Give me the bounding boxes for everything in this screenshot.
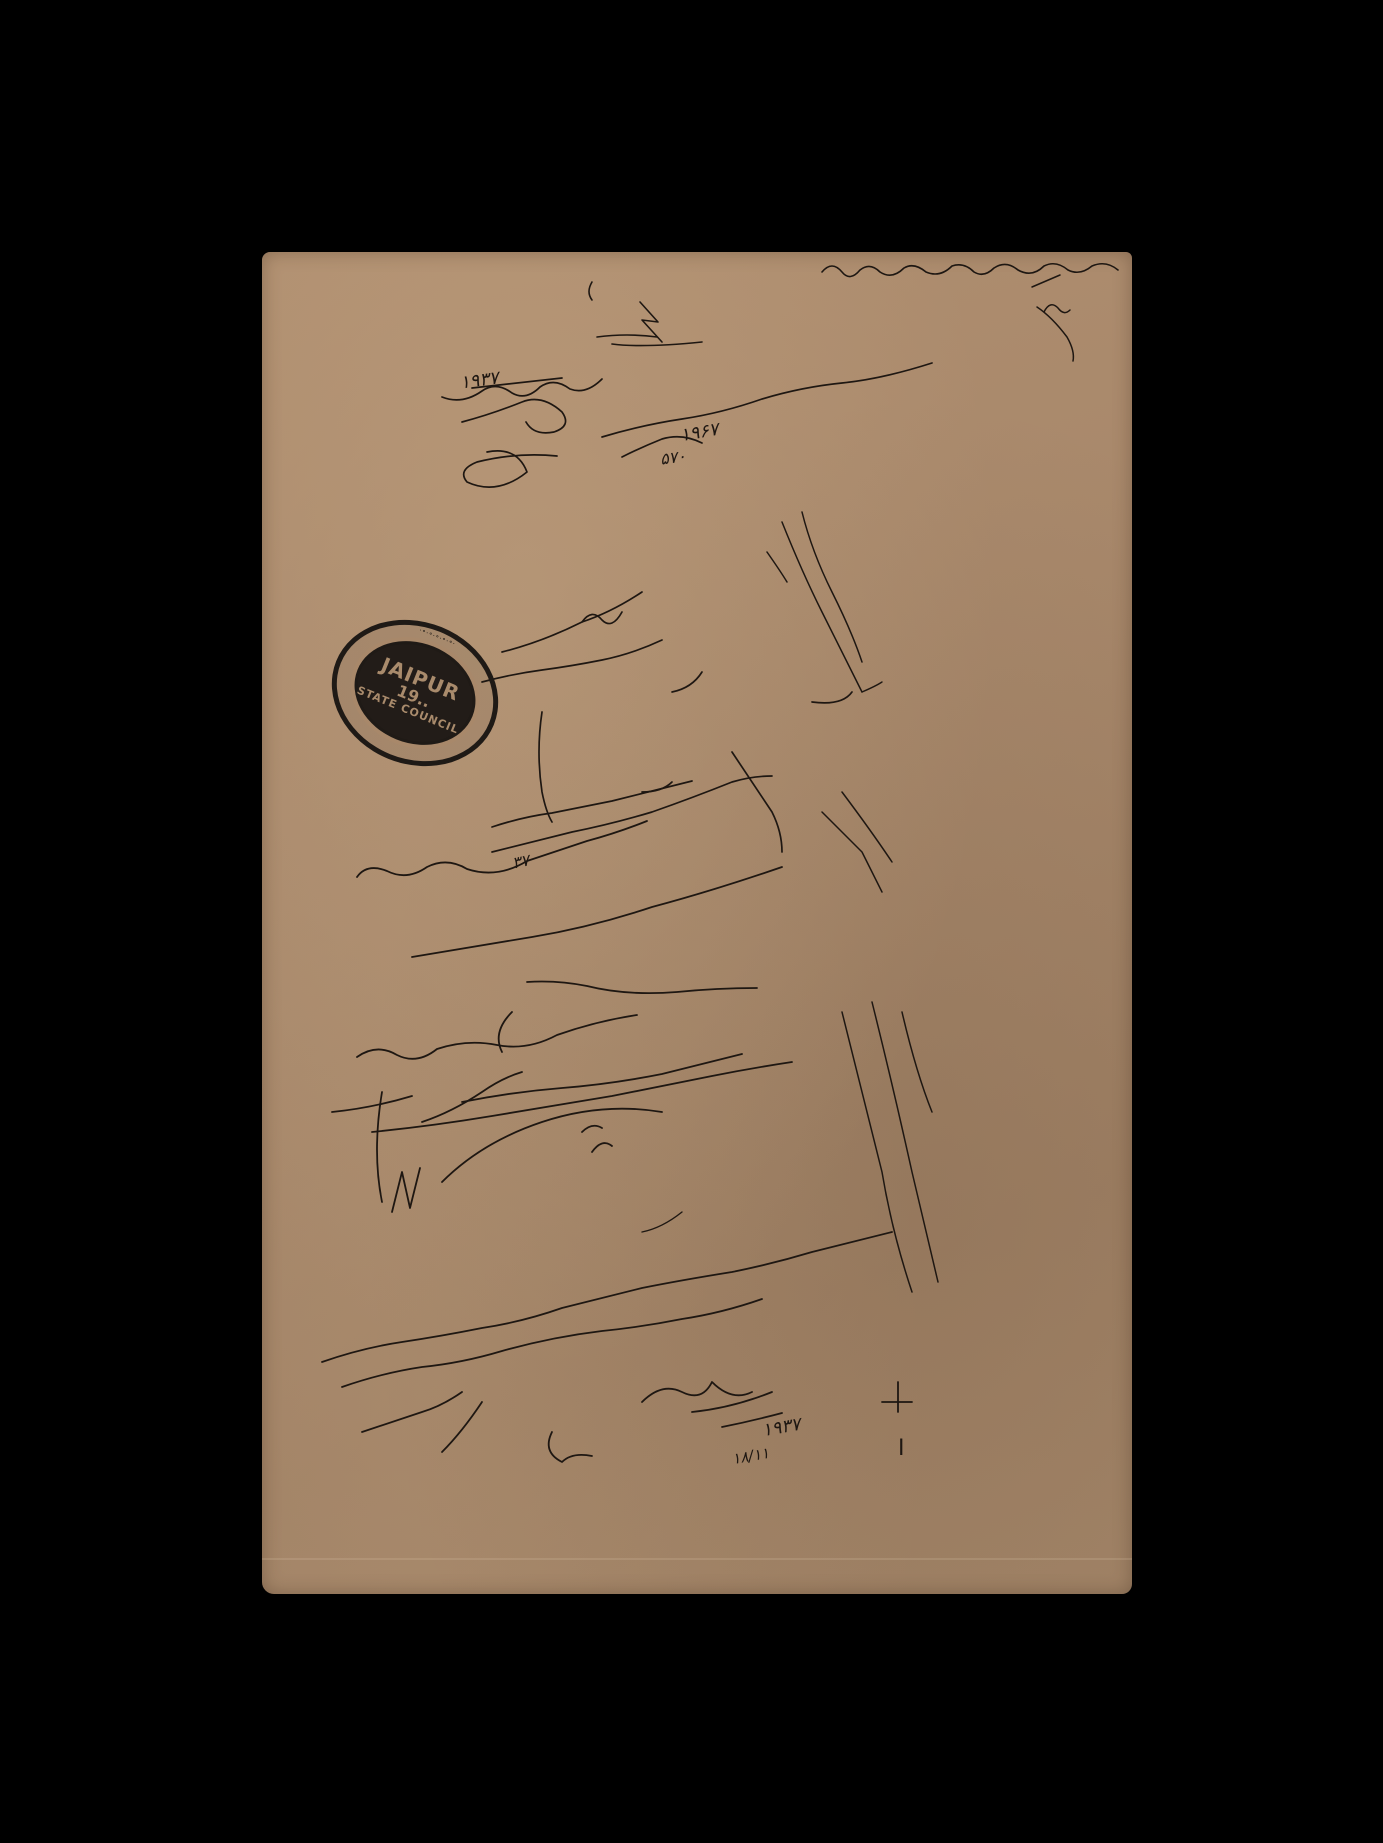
number-middle: ۵۷۰ [659,446,687,468]
handwriting-strokes [262,252,1132,1594]
handwriting-bottom-line [322,1126,912,1462]
handwriting-top-line [589,264,1118,346]
handwriting-marks [642,682,882,1232]
handwriting-top-right-margin [1032,275,1073,361]
handwriting-center-notes [482,592,852,852]
stamp-inner: JAIPUR 19.. STATE COUNCIL [339,623,491,762]
number-center: ۳۷ [510,850,531,872]
mark-bottom-right: I [898,1436,905,1461]
handwriting-lower-text-block [332,821,792,1212]
document-paper: ·॰·॰·॰·॰·॰· JAIPUR 19.. STATE COUNCIL ۱۹… [262,252,1132,1594]
handwriting-right-vertical-notes [767,512,938,1292]
